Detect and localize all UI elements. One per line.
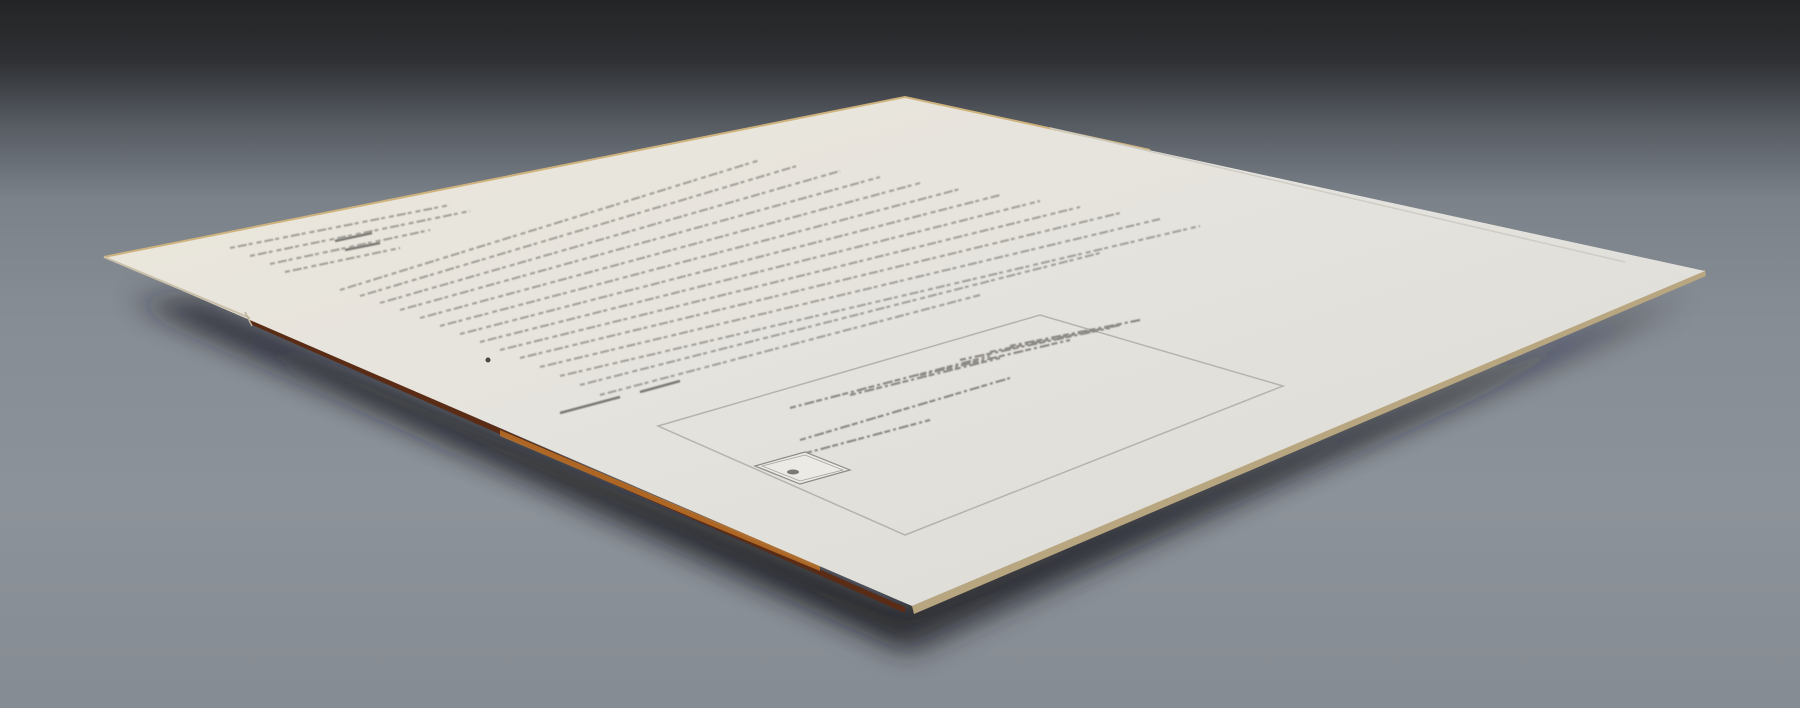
record-sleeve <box>0 0 1800 708</box>
sleeve-surface <box>104 97 1705 606</box>
photo-scene <box>0 0 1800 708</box>
